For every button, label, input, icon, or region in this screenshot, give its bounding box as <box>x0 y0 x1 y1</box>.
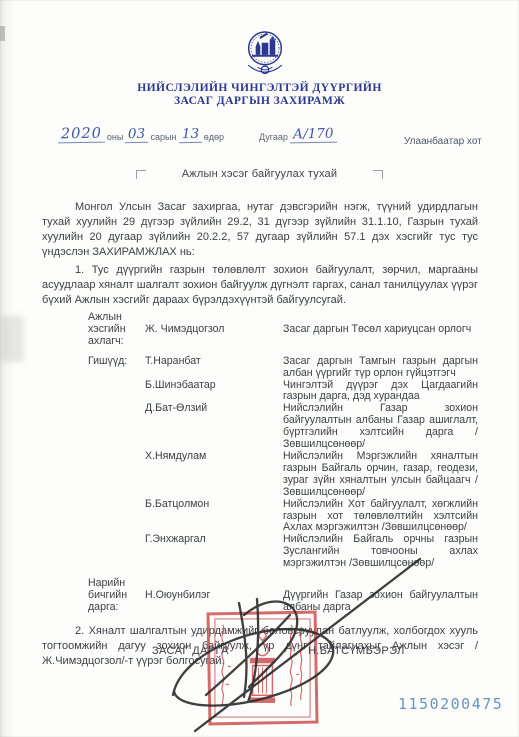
roster-member-name: Б.Батцолмон <box>145 499 283 535</box>
serial-number-stamp: 1150200475 <box>398 695 503 713</box>
year-label: оны <box>105 132 125 143</box>
document-meta-row: 2020 оны 03 сарын 13 өдөр Дугаар А/170 У… <box>0 128 519 152</box>
org-title: НИЙСЛЭЛИЙН ЧИНГЭЛТЭЙ ДҮҮРГИЙН ЗАСАГ ДАРГ… <box>0 82 519 108</box>
org-title-line1: НИЙСЛЭЛИЙН ЧИНГЭЛТЭЙ ДҮҮРГИЙН <box>0 82 519 95</box>
document-page: НИЙСЛЭЛИЙН ЧИНГЭЛТЭЙ ДҮҮРГИЙН ЗАСАГ ДАРГ… <box>0 0 519 737</box>
handwritten-month: 03 <box>125 128 148 143</box>
roster-role-label: Нарийн бичгийндарга: <box>88 578 145 614</box>
scan-edge-artifact <box>0 26 5 41</box>
roster-member-name: Ж. Чимэдцогзол <box>145 312 283 348</box>
roster-member-name: Д.Бат-Өлзий <box>145 403 283 451</box>
roster-row: Гишүүд: Т.Наранбат Засаг даргын Тамгын г… <box>88 356 478 380</box>
roster-role-label <box>88 380 145 404</box>
date-group: 2020 оны 03 сарын 13 өдөр <box>58 128 226 143</box>
handwritten-year: 2020 <box>58 128 105 144</box>
signer-name-label: Н.БАТСҮМБЭРЭЛ <box>308 645 405 657</box>
roster-role-label <box>88 451 145 499</box>
handwritten-day: 13 <box>178 128 201 143</box>
roster-row: Х.Нямдулам Нийслэлийн Мэргэжлийн хяналты… <box>88 451 478 499</box>
preamble-paragraph: Монгол Улсын Засаг захиргаа, нутаг дэвсг… <box>42 200 478 260</box>
org-title-line2: ЗАСАГ ДАРГЫН ЗАХИРАМЖ <box>0 95 519 108</box>
roster-member-position: Засаг даргын Тамгын газрын даргын албан … <box>283 356 478 380</box>
clause-1-paragraph: 1. Тус дүүргийн газрын төлөвлөлт зохион … <box>42 263 478 308</box>
roster-member-name: Х.Нямдулам <box>145 451 283 499</box>
signature-scrawl <box>148 545 440 735</box>
roster-role-label: Ажлын хэсгийнахлагч: <box>88 312 145 348</box>
signer-position-label: ЗАСАГ ДАРГА <box>152 645 229 657</box>
roster-member-position: Чингэлтэй дүүрэг дэх Цагдаагийн газрын д… <box>283 380 478 404</box>
document-title: Ажлын хэсэг байгуулах тухай <box>182 168 337 180</box>
roster-member-position: Нийслэлийн Мэргэжлийн хяналтын газрын Ба… <box>283 451 478 499</box>
roster-role-label <box>88 534 145 570</box>
roster-role-label <box>88 403 145 451</box>
roster-member-position: Нийслэлийн Газар зохион байгуулалтын алб… <box>283 403 478 451</box>
roster-row: Д.Бат-Өлзий Нийслэлийн Газар зохион байг… <box>88 403 478 451</box>
handwritten-number: А/170 <box>290 128 337 144</box>
day-label: өдөр <box>202 132 226 143</box>
city-label: Улаанбаатар хот <box>404 136 482 147</box>
scan-smudge <box>0 316 24 362</box>
month-label: сарын <box>149 132 179 143</box>
corner-bracket-left-icon <box>136 170 146 179</box>
corner-bracket-right-icon <box>373 170 383 179</box>
roster-member-position: Нийслэлийн Хот байгуулалт, хөгжлийн газр… <box>283 499 478 535</box>
roster-member-name: Т.Наранбат <box>145 356 283 380</box>
roster-member-name: Б.Шинэбаатар <box>145 380 283 404</box>
roster-row: Ажлын хэсгийнахлагч: Ж. Чимэдцогзол Заса… <box>88 312 478 348</box>
roster-role-label <box>88 499 145 535</box>
number-label: Дугаар <box>257 132 290 143</box>
roster-row: Б.Батцолмон Нийслэлийн Хот байгуулалт, х… <box>88 499 478 535</box>
number-group: Дугаар А/170 <box>257 128 336 143</box>
district-emblem-icon <box>237 24 293 82</box>
roster-row: Б.Шинэбаатар Чингэлтэй дүүрэг дэх Цагдаа… <box>88 380 478 404</box>
roster-role-label: Гишүүд: <box>88 356 145 380</box>
title-row: Ажлын хэсэг байгуулах тухай <box>0 168 519 180</box>
roster-member-position: Засаг даргын Төсөл хариуцсан орлогч <box>283 312 478 348</box>
